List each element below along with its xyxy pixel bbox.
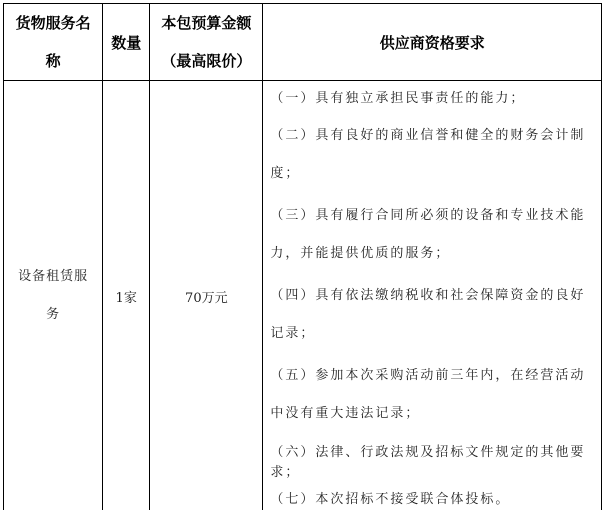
requirement-item: （七）本次招标不接受联合体投标。: [270, 489, 597, 510]
header-goods-service-name: 货物服务名 称: [4, 4, 103, 81]
requirement-item: （五）参加本次采购活动前三年内，在经营活动中没有重大违法记录；: [270, 357, 597, 433]
cell-service-name: 设备租赁服 务: [4, 81, 103, 510]
requirement-item: （六）法律、行政法规及招标文件规定的其他要求；: [270, 443, 597, 483]
requirement-item: （三）具有履行合同所必须的设备和专业技术能力，并能提供优质的服务；: [270, 197, 597, 273]
requirement-item: （一）具有独立承担民事责任的能力；: [270, 87, 597, 110]
header-text: 供应商资格要求: [263, 32, 601, 53]
header-text: 数量: [103, 32, 149, 53]
requirement-item: （二）具有良好的商业信誉和健全的财务会计制度；: [270, 117, 597, 193]
service-name-text: 设备租赁服: [4, 258, 102, 296]
header-budget: 本包预算金额 （最高限价）: [150, 4, 263, 81]
header-row: 货物服务名 称 数量 本包预算金额 （最高限价） 供应商资格要求: [4, 4, 602, 81]
requirement-item: （四）具有依法缴纳税收和社会保障资金的良好记录；: [270, 277, 597, 353]
cell-quantity: 1家: [103, 81, 150, 510]
supplier-requirements-table: 货物服务名 称 数量 本包预算金额 （最高限价） 供应商资格要求 设备租赁服 务…: [3, 3, 602, 510]
header-supplier-requirements: 供应商资格要求: [263, 4, 602, 81]
header-quantity: 数量: [103, 4, 150, 81]
cell-requirements: （一）具有独立承担民事责任的能力； （二）具有良好的商业信誉和健全的财务会计制度…: [263, 81, 602, 510]
cell-budget: 70万元: [150, 81, 263, 510]
requirements-list: （一）具有独立承担民事责任的能力； （二）具有良好的商业信誉和健全的财务会计制度…: [270, 87, 597, 510]
header-text: 称: [4, 42, 102, 80]
header-text: 货物服务名: [4, 4, 102, 42]
table-row: 设备租赁服 务 1家 70万元 （一）具有独立承担民事责任的能力； （二）具有良…: [4, 81, 602, 510]
header-text: （最高限价）: [150, 42, 262, 80]
header-text: 本包预算金额: [150, 4, 262, 42]
service-name-text: 务: [4, 296, 102, 334]
